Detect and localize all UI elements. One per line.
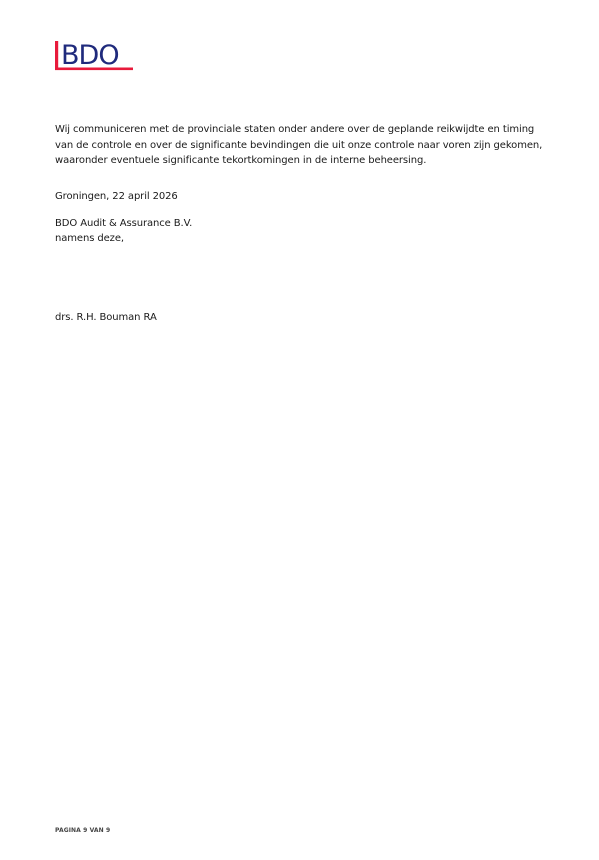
city-date: Groningen, 22 april 2026: [55, 189, 178, 204]
firm-name: BDO Audit & Assurance B.V.: [55, 216, 192, 231]
letter-paragraph: Wij communiceren met de provinciale stat…: [55, 122, 555, 169]
bdo-logo-icon: BDO: [55, 40, 135, 73]
signatory-name: drs. R.H. Bouman RA: [55, 310, 157, 325]
svg-text:BDO: BDO: [61, 40, 119, 71]
bdo-logo: BDO: [55, 40, 135, 73]
page-number: PAGINA 9 VAN 9: [55, 827, 110, 834]
on-behalf-text: namens deze,: [55, 231, 124, 246]
